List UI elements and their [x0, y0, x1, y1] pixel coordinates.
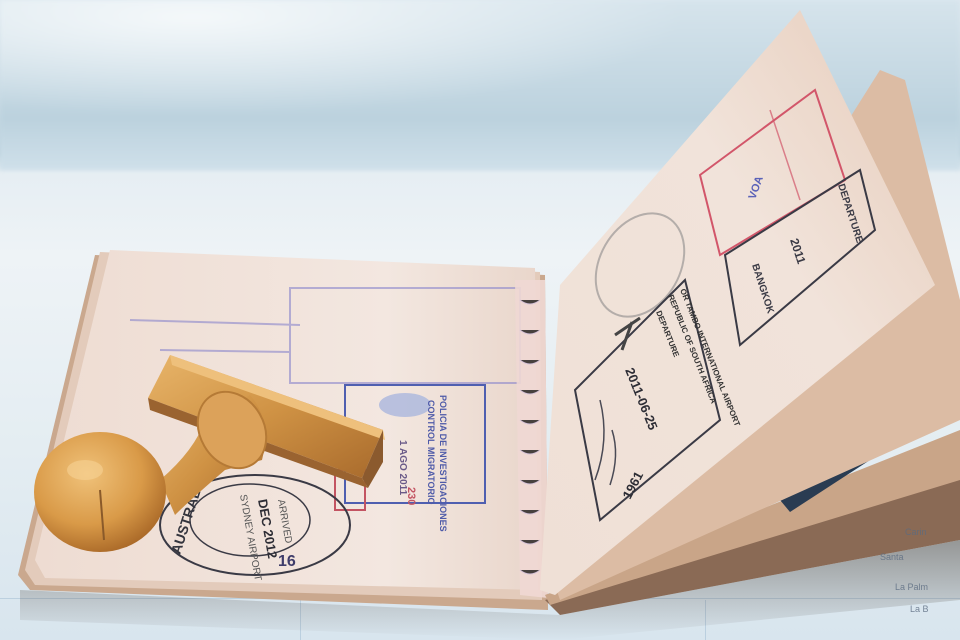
passport-illustration: POLICIA DE INVESTIGACIONES CONTROL MIGRA…: [0, 0, 960, 640]
svg-text:230: 230: [405, 487, 417, 505]
svg-text:CONTROL MIGRATORIO: CONTROL MIGRATORIO: [426, 400, 436, 505]
photo-scene: POLICIA DE INVESTIGACIONES CONTROL MIGRA…: [0, 0, 960, 640]
svg-text:La Palm: La Palm: [895, 582, 928, 592]
svg-text:POLICIA DE INVESTIGACIONES: POLICIA DE INVESTIGACIONES: [438, 395, 448, 532]
svg-text:La B: La B: [910, 604, 929, 614]
svg-text:Carin: Carin: [905, 527, 927, 537]
svg-text:Santa: Santa: [880, 552, 904, 562]
svg-text:16: 16: [278, 553, 296, 570]
